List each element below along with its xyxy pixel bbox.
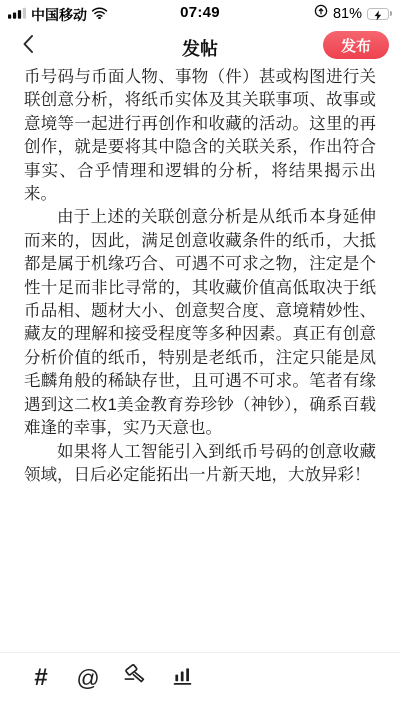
wifi-icon (91, 6, 108, 24)
status-bar: 中国移动 07:49 81% (0, 0, 400, 26)
battery-percent-label: 81% (333, 6, 362, 22)
status-right-cluster: 81% (314, 4, 392, 23)
auction-button[interactable] (122, 665, 148, 691)
post-paragraph: 如果将人工智能引入到纸币号码的创意收藏领域，日后必定能拓出一片新天地，大放异彩！ (24, 441, 376, 488)
mention-icon: @ (76, 667, 99, 690)
hashtag-button[interactable]: # (28, 665, 54, 691)
battery-charging-icon (367, 7, 392, 20)
auction-gavel-icon (123, 663, 148, 693)
carrier-label: 中国移动 (31, 5, 87, 25)
post-editor[interactable]: 币号码与币面人物、事物（件）甚或构图进行关联创意分析，将纸币实体及其关联事项、故… (0, 66, 400, 487)
status-left-cluster: 中国移动 (8, 5, 108, 25)
poll-chart-icon (171, 664, 194, 692)
post-paragraph: 币号码与币面人物、事物（件）甚或构图进行关联创意分析，将纸币实体及其关联事项、故… (24, 66, 376, 206)
publish-button[interactable]: 发布 (323, 31, 389, 59)
nav-header: 发帖 发布 (0, 26, 400, 66)
mention-button[interactable]: @ (75, 665, 101, 691)
hashtag-icon: # (34, 666, 47, 690)
editor-toolbar: # @ (0, 652, 400, 711)
post-paragraph: 由于上述的关联创意分析是从纸币本身延伸而来的，因此，满足创意收藏条件的纸币，大抵… (24, 206, 376, 440)
clock-label: 07:49 (180, 4, 220, 21)
signal-bars-icon (8, 6, 27, 24)
orientation-lock-icon (314, 4, 328, 23)
poll-button[interactable] (169, 665, 195, 691)
